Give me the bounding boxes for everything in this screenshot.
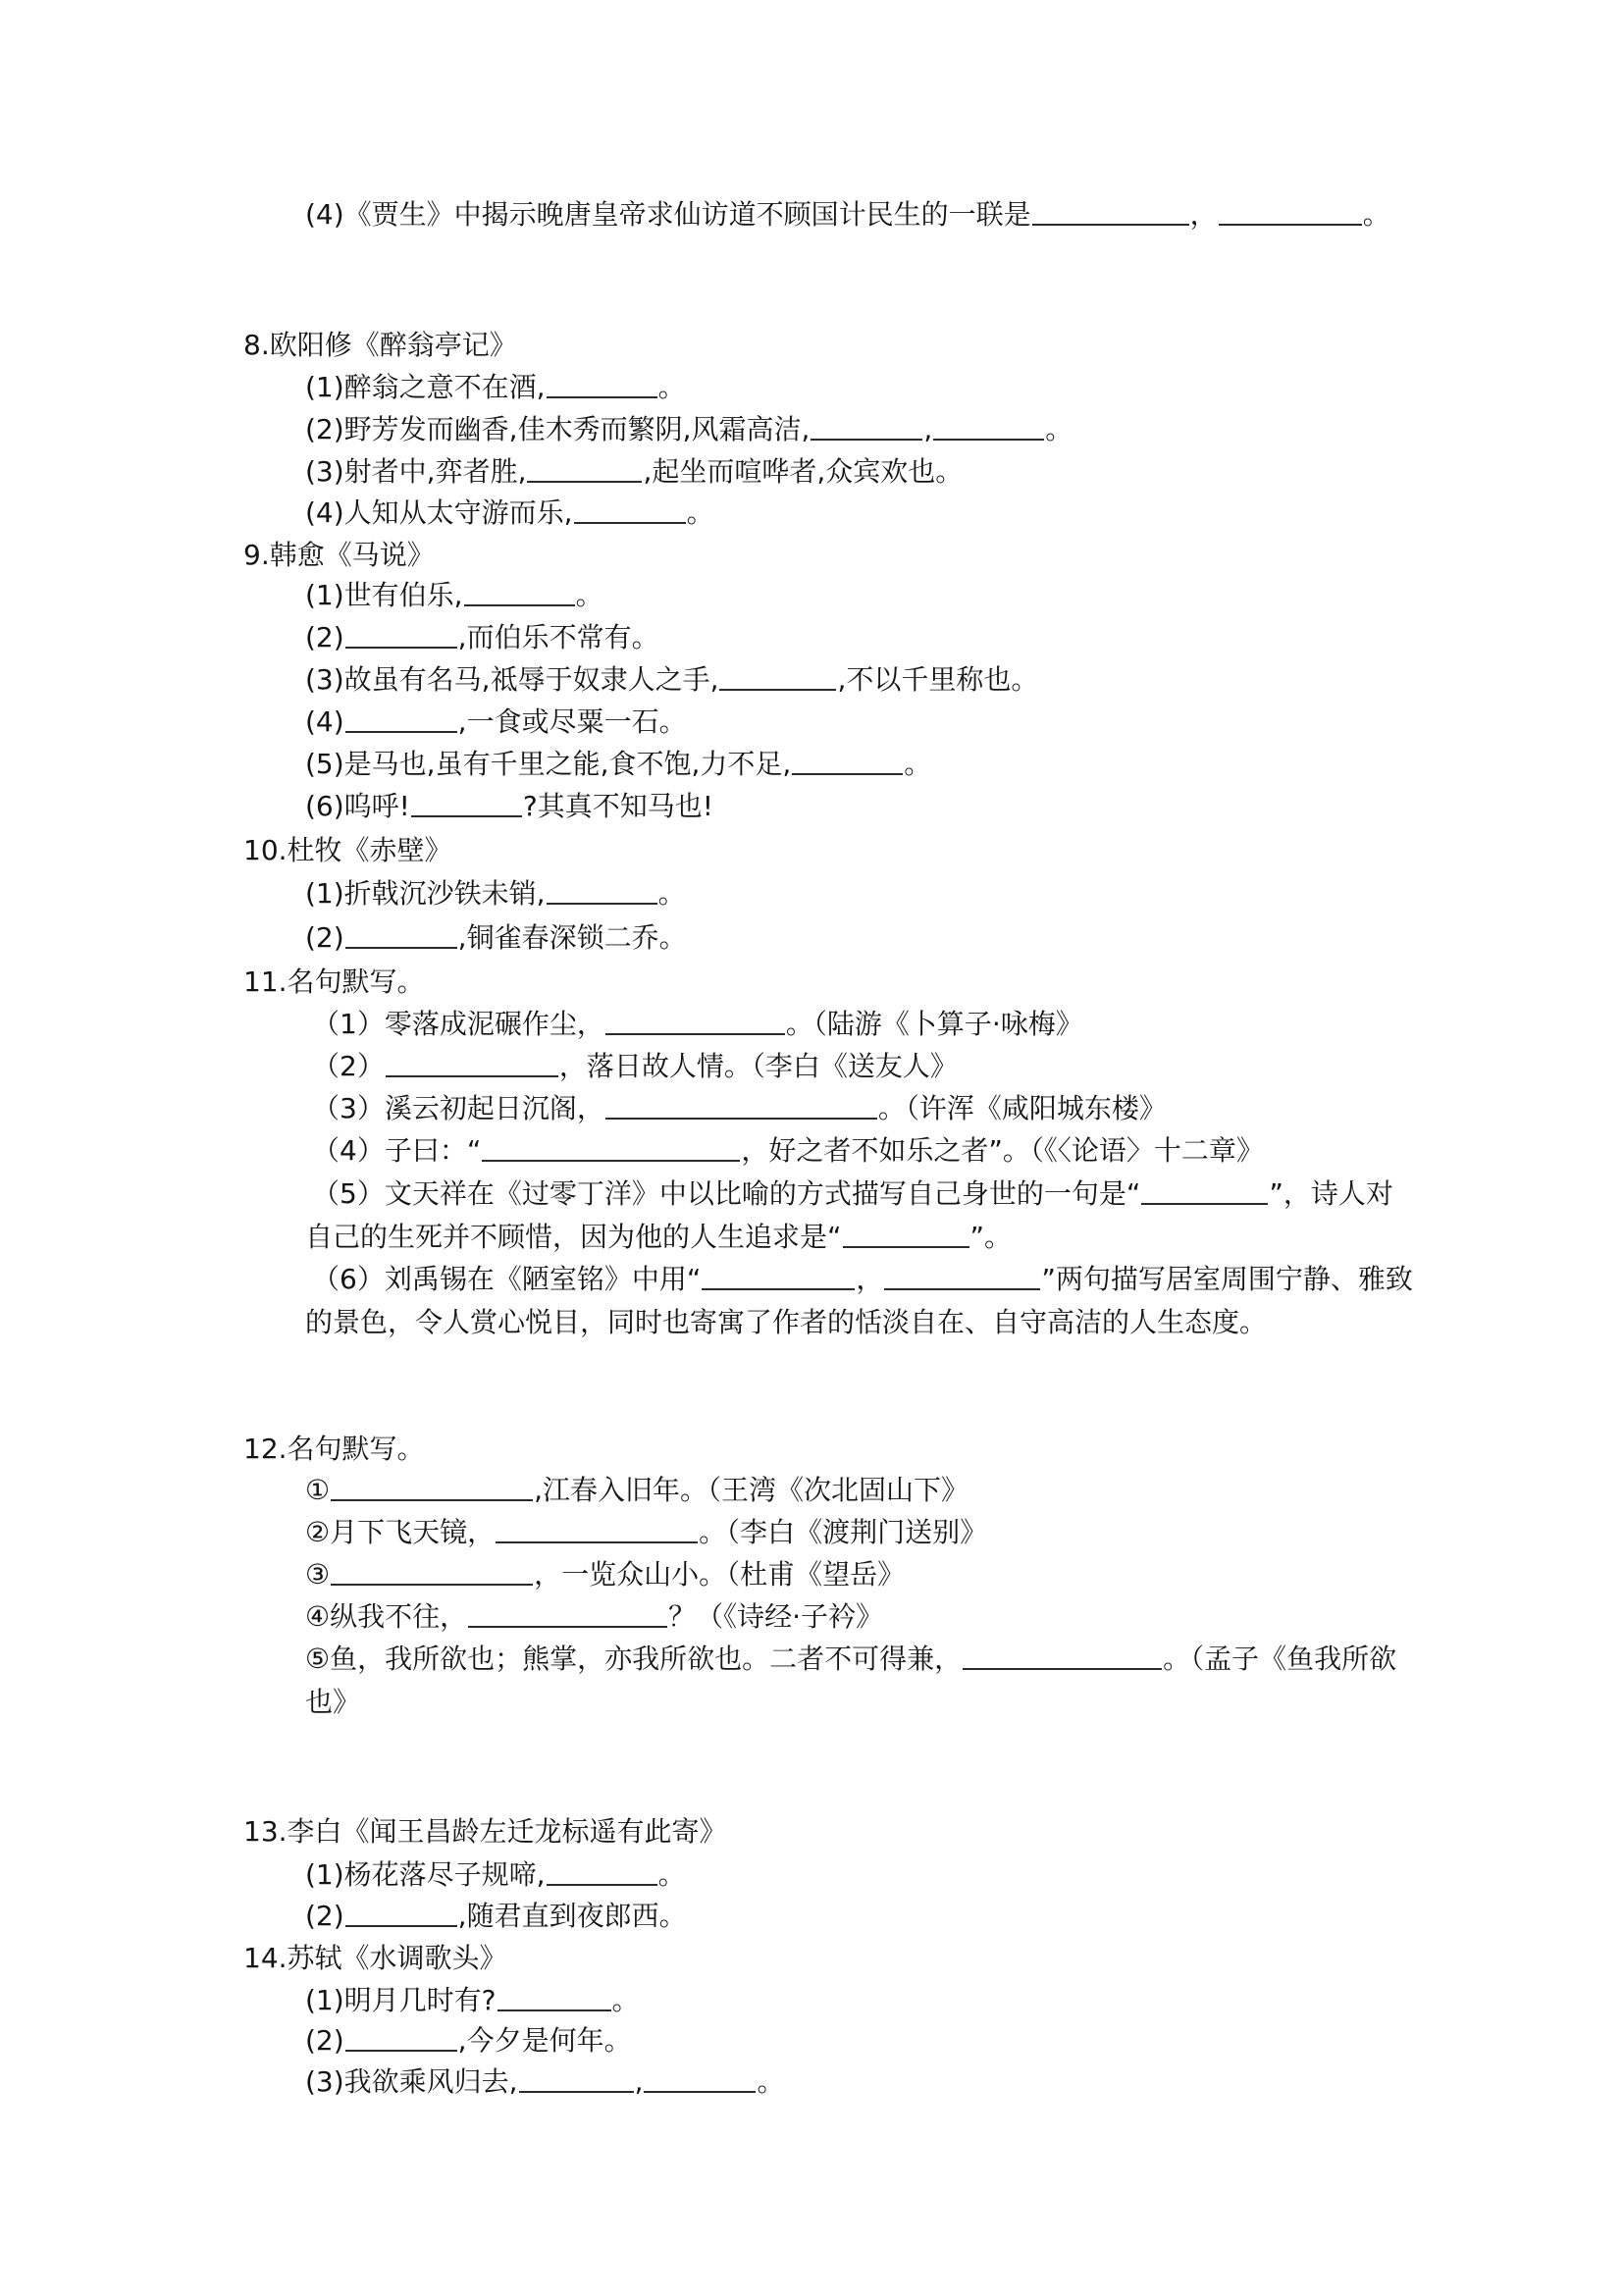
item-text: ，	[856, 1263, 883, 1295]
fill-blank	[386, 1075, 558, 1077]
fill-blank	[345, 1925, 457, 1927]
item-text: ,不以千里称也。	[837, 663, 1038, 696]
question-8-item-3: (3)射者中,弈者胜,,起坐而喧哗者,众宾欢也。	[305, 450, 963, 494]
item-text: (3)故虽有名马,祗辱于奴隶人之手,	[305, 663, 718, 696]
question-7-item-4: (4)《贾生》中揭示晚唐皇帝求仙访道不顾国计民生的一联是，。	[305, 193, 1390, 236]
item-text: (2)	[305, 2024, 344, 2057]
item-text: ,而伯乐不常有。	[458, 621, 659, 653]
item-text: (4)	[305, 705, 344, 738]
item-text: (2)	[305, 621, 344, 653]
item-text: (2)野芳发而幽香,佳木秀而繁阴,风霜高洁,	[305, 413, 810, 445]
item-text: 。	[658, 371, 686, 403]
question-9-title: 9.韩愈《马说》	[243, 534, 435, 577]
question-10-title: 10.杜牧《赤壁》	[243, 829, 452, 872]
item-text: 的景色，令人赏心悦目，同时也寄寓了作者的恬淡自在、自守高洁的人生态度。	[305, 1306, 1267, 1338]
item-text: (1)世有伯乐,	[305, 579, 463, 611]
item-text: ③	[305, 1558, 330, 1591]
item-text: (1)杨花落尽子规啼,	[305, 1858, 546, 1891]
item-text: (1)醉翁之意不在酒,	[305, 371, 546, 403]
fill-blank	[519, 2091, 634, 2093]
item-text: 。（许浑《咸阳城东楼》	[878, 1092, 1167, 1124]
fill-blank	[644, 2091, 756, 2093]
question-14-item-2: (2),今夕是何年。	[305, 2019, 632, 2062]
fill-blank	[884, 1288, 1040, 1290]
question-10-item-2: (2),铜雀春深锁二乔。	[305, 916, 687, 960]
item-text: (1)折戟沉沙铁未销,	[305, 877, 546, 910]
item-text: (6)呜呼!	[305, 790, 410, 822]
item-text: 。（陆游《卜算子·咏梅》	[786, 1008, 1083, 1040]
question-9-item-6: (6)呜呼!?其真不知马也!	[305, 785, 713, 828]
question-9-item-4: (4),一食或尽粟一石。	[305, 701, 687, 744]
question-12-item-1: ①,江春入旧年。（王湾《次北固山下》	[305, 1469, 969, 1512]
fill-blank	[345, 731, 457, 733]
item-text: 也》	[305, 1686, 360, 1718]
fill-blank	[605, 1118, 877, 1120]
item-text: ,今夕是何年。	[458, 2024, 632, 2057]
question-12-item-4: ④纵我不往，？（《诗经·子衿》	[305, 1595, 883, 1639]
fill-blank	[1141, 1203, 1268, 1205]
item-text: 。	[612, 1984, 640, 2016]
fill-blank	[811, 439, 922, 441]
item-text: ,江春入旧年。（王湾《次北固山下》	[534, 1474, 969, 1506]
item-text: (2)	[305, 921, 344, 954]
item-text: 。	[576, 579, 603, 611]
fill-blank	[464, 604, 575, 606]
question-11-item-6-continued: 的景色，令人赏心悦目，同时也寄寓了作者的恬淡自在、自守高洁的人生态度。	[305, 1301, 1267, 1344]
fill-blank	[411, 815, 522, 817]
fill-blank	[547, 1884, 657, 1886]
item-text: (2)	[305, 1900, 344, 1932]
fill-blank	[547, 903, 657, 905]
question-14-item-1: (1)明月几时有?。	[305, 1979, 640, 2022]
item-text: ⑤鱼，我所欲也；熊掌，亦我所欲也。二者不可得兼，	[305, 1643, 962, 1675]
question-9-item-2: (2),而伯乐不常有。	[305, 616, 659, 659]
item-text: ,铜雀春深锁二乔。	[458, 921, 687, 954]
question-10-item-1: (1)折戟沉沙铁未销,。	[305, 872, 686, 915]
question-11-item-2: （2），落日故人情。（李白《送友人》	[312, 1045, 958, 1088]
item-text: ，好之者不如乐之者”。（《〈论语〉十二章》	[741, 1134, 1264, 1167]
item-text: ,	[923, 413, 932, 445]
item-text: (4)《贾生》中揭示晚唐皇帝求仙访道不顾国计民生的一联是	[305, 198, 1031, 231]
question-11-item-5: （5）文天祥在《过零丁洋》中以比喻的方式描写自己身世的一句是“”，诗人对	[312, 1173, 1393, 1216]
question-13-item-1: (1)杨花落尽子规啼,。	[305, 1853, 686, 1897]
item-text: ,	[635, 2065, 644, 2098]
item-text: （5）文天祥在《过零丁洋》中以比喻的方式描写自己身世的一句是“	[312, 1177, 1140, 1210]
fill-blank	[605, 1033, 785, 1035]
question-9-item-1: (1)世有伯乐,。	[305, 574, 603, 617]
item-text: 。（李白《渡荆门送别》	[699, 1516, 987, 1548]
fill-blank	[496, 1541, 698, 1543]
fill-blank	[345, 647, 457, 649]
item-text: ”两句描写居室周围宁静、雅致	[1041, 1263, 1413, 1295]
fill-blank	[345, 947, 457, 949]
item-text: ，一览众山小。（杜甫《望岳》	[534, 1558, 905, 1591]
question-8-item-4: (4)人知从太守游而乐,。	[305, 492, 714, 535]
item-text: 。	[904, 748, 931, 780]
item-text: ”。	[970, 1221, 1013, 1253]
item-text: ?其真不知马也!	[523, 790, 713, 822]
item-text: 。（孟子《鱼我所欲	[1163, 1643, 1396, 1675]
fill-blank	[527, 481, 642, 483]
item-text: ④纵我不往，	[305, 1600, 467, 1633]
question-11-item-1: （1）零落成泥碾作尘，。（陆游《卜算子·咏梅》	[312, 1003, 1083, 1046]
question-12-item-3: ③，一览众山小。（杜甫《望岳》	[305, 1553, 905, 1596]
question-12-item-2: ②月下飞天镜，。（李白《渡荆门送别》	[305, 1511, 987, 1554]
item-text: (3)我欲乘风归去,	[305, 2065, 518, 2098]
item-text: （4）子曰：“	[312, 1134, 481, 1167]
item-text: ，	[1190, 198, 1218, 231]
item-text: 。	[658, 877, 686, 910]
item-text: ②月下飞天镜，	[305, 1516, 495, 1548]
question-9-item-5: (5)是马也,虽有千里之能,食不饱,力不足,。	[305, 743, 931, 786]
item-text: (4)人知从太守游而乐,	[305, 496, 573, 529]
fill-blank	[963, 1668, 1162, 1670]
question-13-title: 13.李白《闻王昌龄左迁龙标遥有此寄》	[243, 1810, 727, 1853]
question-8-item-1: (1)醉翁之意不在酒,。	[305, 366, 686, 409]
item-text: 。	[1363, 198, 1390, 231]
item-text: 。	[658, 1858, 686, 1891]
item-text: 。	[1045, 413, 1073, 445]
fill-blank	[331, 1499, 533, 1501]
question-8-item-2: (2)野芳发而幽香,佳木秀而繁阴,风霜高洁,,。	[305, 408, 1073, 451]
item-text: 。	[757, 2065, 784, 2098]
item-text: ？（《诗经·子衿》	[668, 1600, 883, 1633]
item-text: 。	[687, 496, 714, 529]
item-text: （1）零落成泥碾作尘，	[312, 1008, 604, 1040]
question-8-title: 8.欧阳修《醉翁亭记》	[243, 324, 517, 367]
fill-blank	[719, 689, 836, 691]
question-12-title: 12.名句默写。	[243, 1428, 425, 1471]
fill-blank	[702, 1288, 855, 1290]
fill-blank	[1219, 224, 1362, 226]
item-text: (3)射者中,弈者胜,	[305, 455, 526, 488]
item-text: （6）刘禹锡在《陋室铭》中用“	[312, 1263, 701, 1295]
item-text: ”，诗人对	[1269, 1177, 1393, 1210]
question-11-item-4: （4）子曰：“，好之者不如乐之者”。（《〈论语〉十二章》	[312, 1129, 1264, 1173]
fill-blank	[843, 1246, 969, 1248]
fill-blank	[497, 2009, 611, 2011]
question-11-title: 11.名句默写。	[243, 961, 425, 1004]
item-text: (1)明月几时有?	[305, 1984, 497, 2016]
item-text: ，落日故人情。（李白《送友人》	[559, 1050, 958, 1082]
fill-blank	[933, 439, 1044, 441]
question-14-title: 14.苏轼《水调歌头》	[243, 1937, 507, 1980]
item-text: ①	[305, 1474, 330, 1506]
fill-blank	[482, 1160, 740, 1162]
fill-blank	[574, 522, 686, 524]
question-13-item-2: (2),随君直到夜郎西。	[305, 1895, 687, 1938]
question-11-item-6: （6）刘禹锡在《陋室铭》中用“，”两句描写居室周围宁静、雅致	[312, 1258, 1413, 1301]
item-text: (5)是马也,虽有千里之能,食不饱,力不足,	[305, 748, 791, 780]
question-12-item-5-continued: 也》	[305, 1681, 360, 1724]
item-text: 自己的生死并不顾惜，因为他的人生追求是“	[305, 1221, 842, 1253]
item-text: （2）	[312, 1050, 385, 1082]
item-text: ,一食或尽粟一石。	[458, 705, 687, 738]
item-text: ,起坐而喧哗者,众宾欢也。	[643, 455, 963, 488]
question-12-item-5: ⑤鱼，我所欲也；熊掌，亦我所欲也。二者不可得兼，。（孟子《鱼我所欲	[305, 1638, 1396, 1681]
question-11-item-3: （3）溪云初起日沉阁，。（许浑《咸阳城东楼》	[312, 1087, 1167, 1130]
fill-blank	[1032, 224, 1189, 226]
item-text: （3）溪云初起日沉阁，	[312, 1092, 604, 1124]
fill-blank	[547, 396, 657, 398]
item-text: ,随君直到夜郎西。	[458, 1900, 687, 1932]
fill-blank	[331, 1584, 533, 1586]
question-14-item-3: (3)我欲乘风归去,,。	[305, 2061, 785, 2104]
fill-blank	[468, 1626, 667, 1628]
question-9-item-3: (3)故虽有名马,祗辱于奴隶人之手,,不以千里称也。	[305, 658, 1038, 702]
question-11-item-5-continued: 自己的生死并不顾惜，因为他的人生追求是“”。	[305, 1216, 1012, 1259]
fill-blank	[792, 773, 903, 775]
fill-blank	[345, 2050, 457, 2052]
